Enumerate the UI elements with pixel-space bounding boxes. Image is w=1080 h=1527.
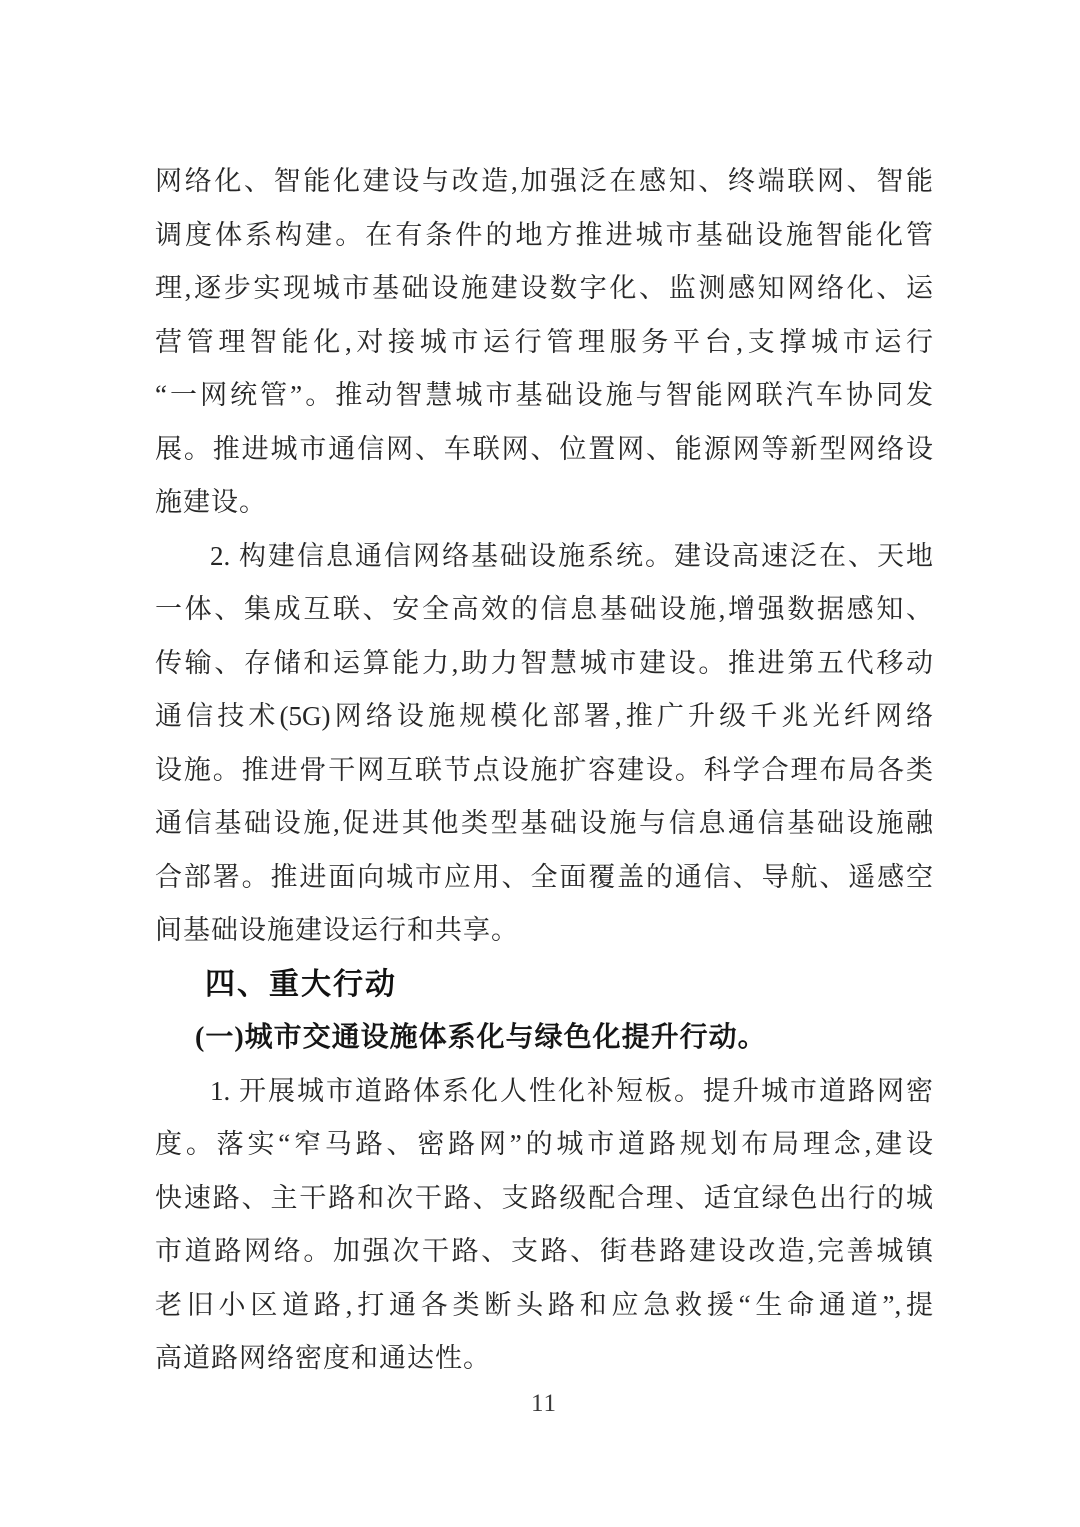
text-line: 网络化、智能化建设与改造,加强泛在感知、终端联网、智能 — [155, 155, 933, 209]
text-line: 传输、存储和运算能力,助力智慧城市建设。推进第五代移动 — [155, 637, 933, 691]
text-line: 市道路网络。加强次干路、支路、街巷路建设改造,完善城镇 — [155, 1225, 933, 1279]
text-line: 通信基础设施,促进其他类型基础设施与信息通信基础设施融 — [155, 797, 933, 851]
subsection-heading: (一)城市交通设施体系化与绿色化提升行动。 — [155, 1011, 933, 1065]
text-line: 间基础设施建设运行和共享。 — [155, 904, 933, 958]
text-line: “一网统管”。推动智慧城市基础设施与智能网联汽车协同发 — [155, 369, 933, 423]
document-body: 网络化、智能化建设与改造,加强泛在感知、终端联网、智能 调度体系构建。在有条件的… — [155, 155, 933, 1386]
text-line: 调度体系构建。在有条件的地方推进城市基础设施智能化管 — [155, 209, 933, 263]
text-line: 2. 构建信息通信网络基础设施系统。建设高速泛在、天地 — [155, 530, 933, 584]
text-line: 理,逐步实现城市基础设施建设数字化、监测感知网络化、运 — [155, 262, 933, 316]
text-line: 老旧小区道路,打通各类断头路和应急救援“生命通道”,提 — [155, 1279, 933, 1333]
text-line: 设施。推进骨干网互联节点设施扩容建设。科学合理布局各类 — [155, 744, 933, 798]
paragraph-info-comm-network: 2. 构建信息通信网络基础设施系统。建设高速泛在、天地 一体、集成互联、安全高效… — [155, 530, 933, 958]
text-line: 营管理智能化,对接城市运行管理服务平台,支撑城市运行 — [155, 316, 933, 370]
text-line: 1. 开展城市道路体系化人性化补短板。提升城市道路网密 — [155, 1065, 933, 1119]
text-line: 施建设。 — [155, 476, 933, 530]
text-line: 一体、集成互联、安全高效的信息基础设施,增强数据感知、 — [155, 583, 933, 637]
text-line: 通信技术(5G)网络设施规模化部署,推广升级千兆光纤网络 — [155, 690, 933, 744]
section-heading: 四、重大行动 — [155, 958, 933, 1012]
text-line: 度。落实“窄马路、密路网”的城市道路规划布局理念,建设 — [155, 1118, 933, 1172]
text-line: 快速路、主干路和次干路、支路级配合理、适宜绿色出行的城 — [155, 1172, 933, 1226]
paragraph-road-network: 1. 开展城市道路体系化人性化补短板。提升城市道路网密 度。落实“窄马路、密路网… — [155, 1065, 933, 1386]
text-line: 合部署。推进面向城市应用、全面覆盖的通信、导航、遥感空 — [155, 851, 933, 905]
text-line: 高道路网络密度和通达性。 — [155, 1332, 933, 1386]
page-number: 11 — [155, 1390, 933, 1418]
paragraph-smart-infrastructure: 网络化、智能化建设与改造,加强泛在感知、终端联网、智能 调度体系构建。在有条件的… — [155, 155, 933, 530]
text-line: 展。推进城市通信网、车联网、位置网、能源网等新型网络设 — [155, 423, 933, 477]
document-page: 网络化、智能化建设与改造,加强泛在感知、终端联网、智能 调度体系构建。在有条件的… — [0, 0, 1080, 1527]
